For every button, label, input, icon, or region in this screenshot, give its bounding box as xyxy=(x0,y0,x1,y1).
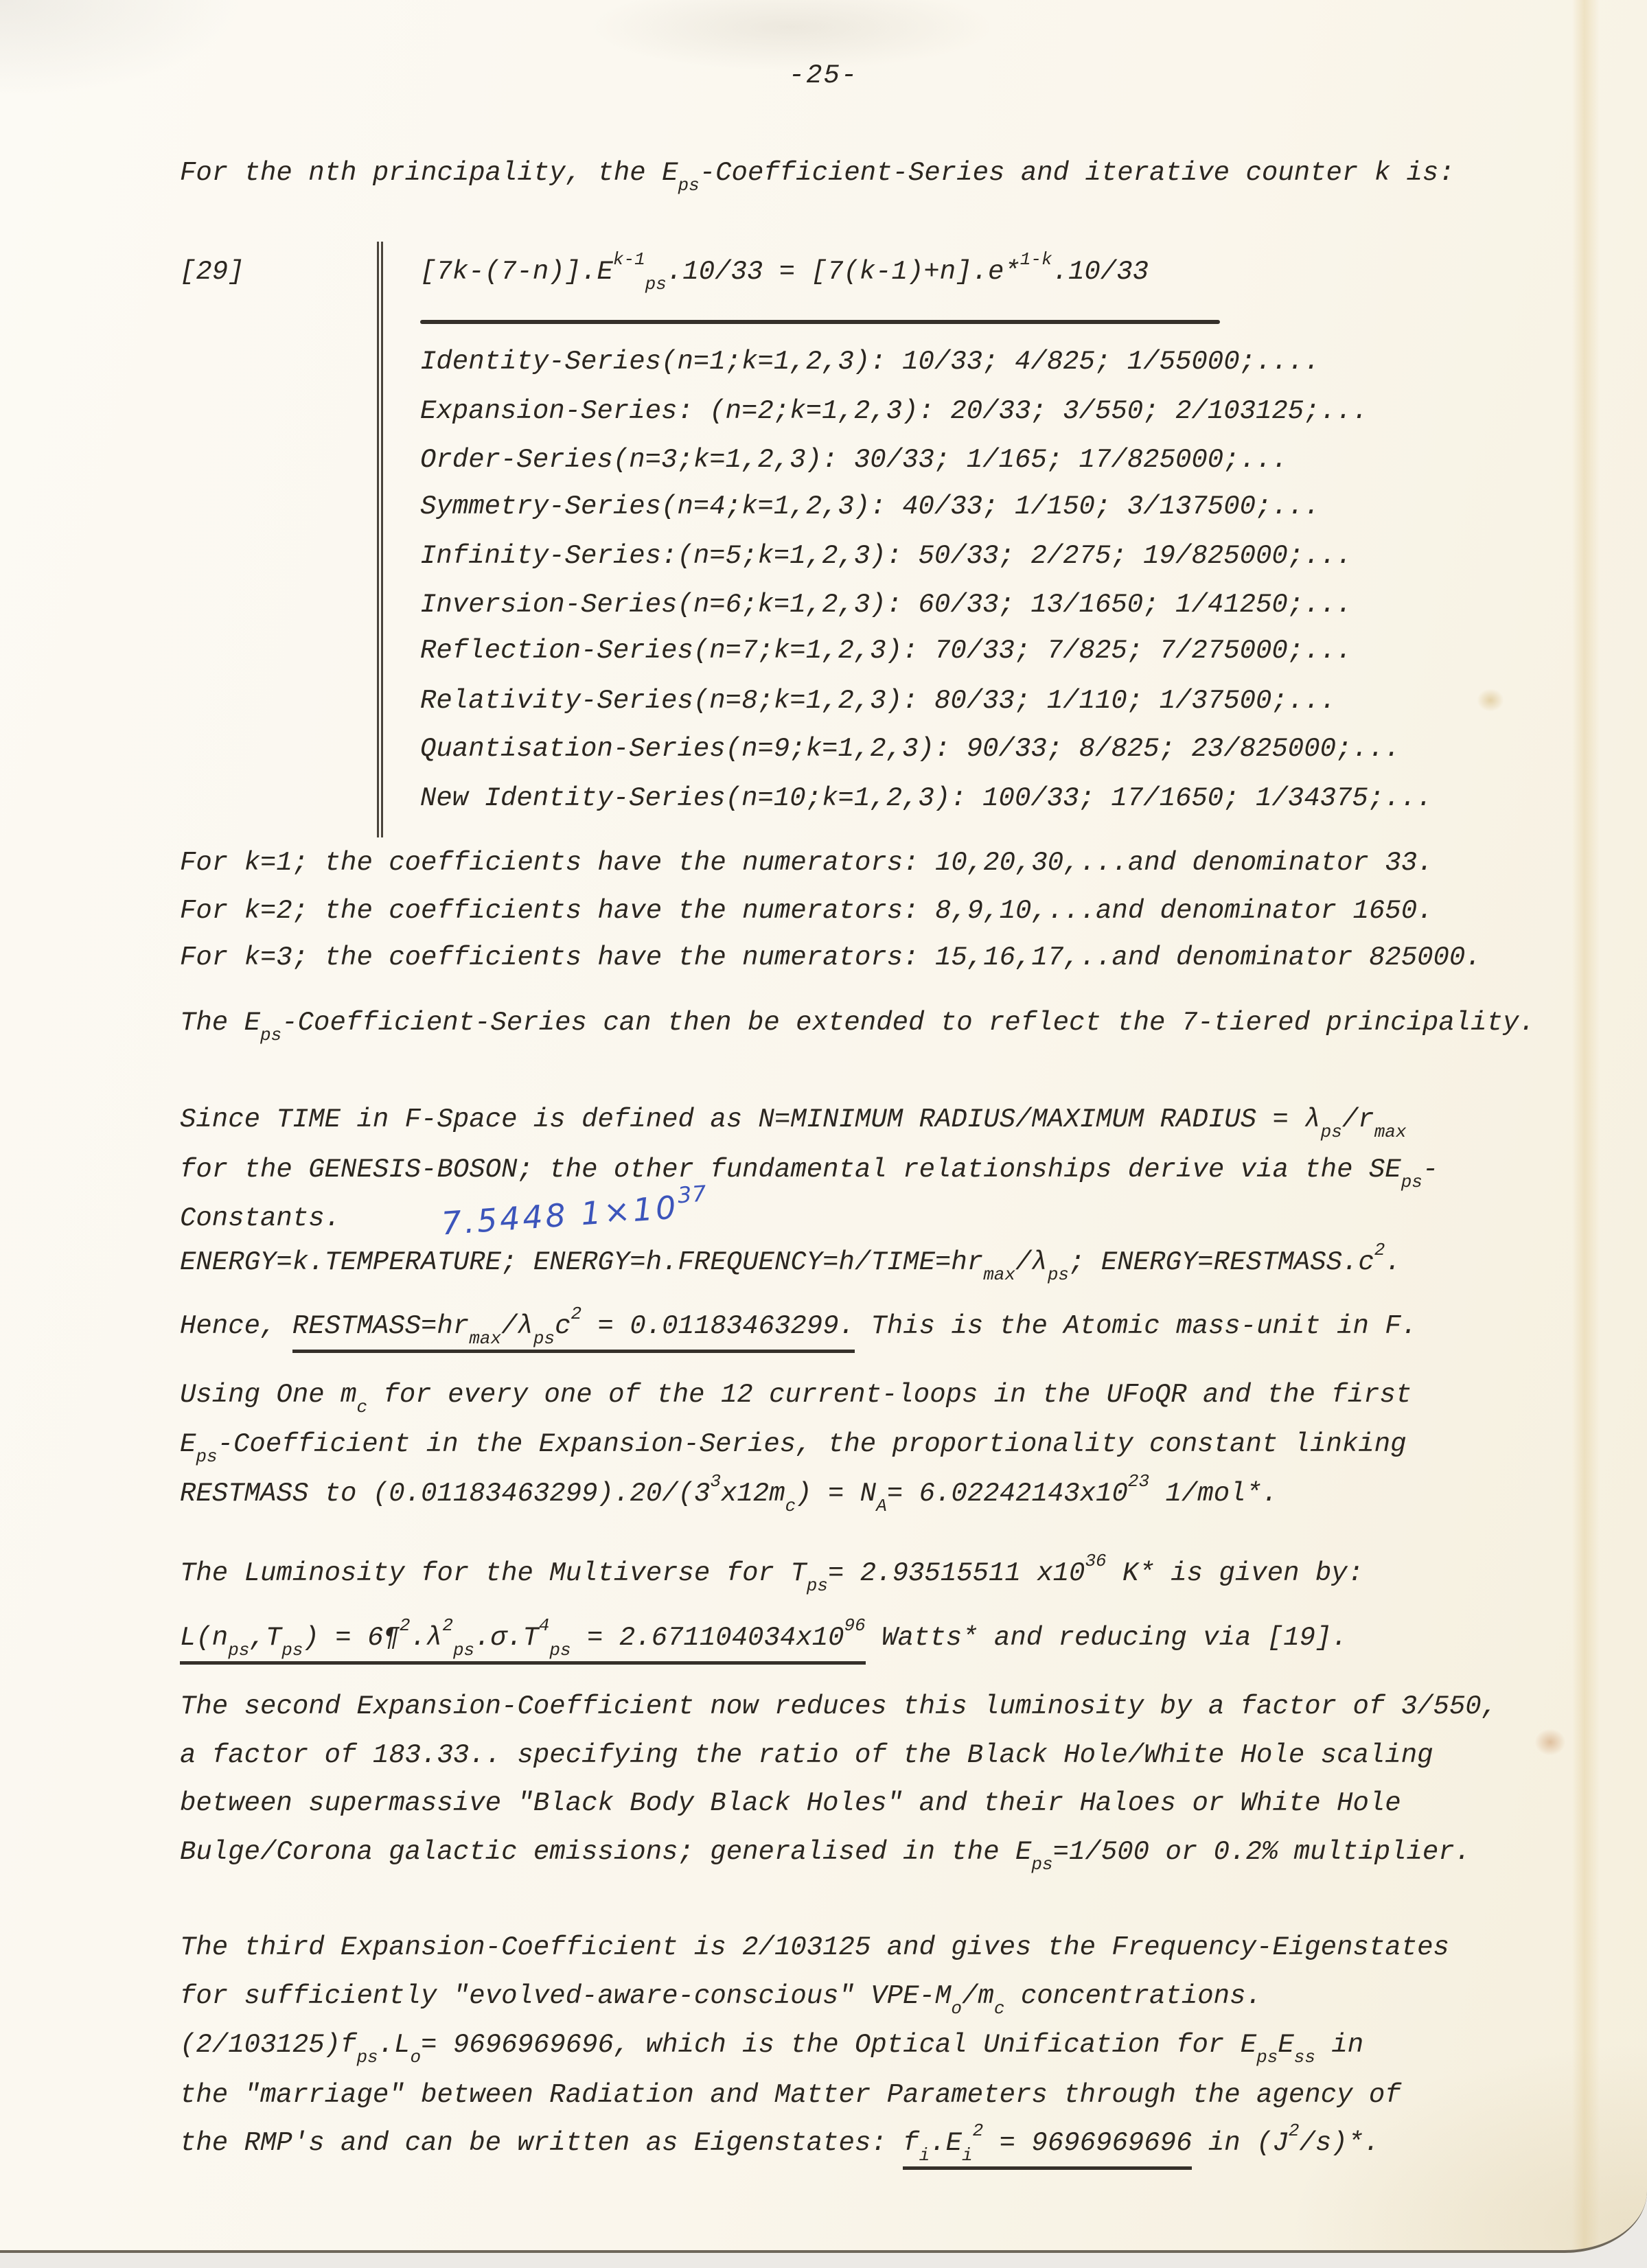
series-line-identity: Identity-Series(n=1;k=1,2,3): 10/33; 4/8… xyxy=(420,345,1320,378)
time-para-line1: Since TIME in F-Space is defined as N=MI… xyxy=(180,1103,1407,1136)
restmass-hence-line: Hence, RESTMASS=hrmax/λpsc2 = 0.01183463… xyxy=(180,1310,1417,1343)
equation-underline-rule xyxy=(420,320,1220,324)
series-line-symmetry: Symmetry-Series(n=4;k=1,2,3): 40/33; 1/1… xyxy=(420,490,1320,523)
scanned-document-page: { "doc": { "page_number": "-25-", "intro… xyxy=(0,0,1647,2268)
series-line-inversion: Inversion-Series(n=6;k=1,2,3): 60/33; 13… xyxy=(420,588,1352,621)
third-coefficient-line2: for sufficiently "evolved-aware-consciou… xyxy=(180,1980,1262,2013)
time-para-line3: Constants. xyxy=(180,1202,341,1235)
avogadro-para-line3: RESTMASS to (0.01183463299).20/(33x12mc)… xyxy=(180,1477,1278,1510)
luminosity-intro-line: The Luminosity for the Multiverse for Tp… xyxy=(180,1557,1363,1590)
series-line-order: Order-Series(n=3;k=1,2,3): 30/33; 1/165;… xyxy=(420,443,1288,476)
avogadro-para-line1: Using One mc for every one of the 12 cur… xyxy=(180,1378,1412,1411)
time-para-line2: for the GENESIS-BOSON; the other fundame… xyxy=(180,1153,1438,1186)
page-number: -25- xyxy=(0,59,1647,92)
extension-line: The Eps-Coefficient-Series can then be e… xyxy=(180,1006,1535,1039)
avogadro-para-line2: Eps-Coefficient in the Expansion-Series,… xyxy=(180,1428,1407,1461)
equation-block-double-rule xyxy=(377,242,383,837)
series-line-reflection: Reflection-Series(n=7;k=1,2,3): 70/33; 7… xyxy=(420,634,1352,667)
second-coefficient-line4: Bulge/Corona galactic emissions; general… xyxy=(180,1836,1471,1868)
luminosity-equation-line: L(nps,Tps) = 6¶2.λ2ps.σ.T4ps = 2.6711040… xyxy=(180,1621,1348,1654)
third-coefficient-line5: the RMP's and can be written as Eigensta… xyxy=(180,2127,1380,2160)
series-line-quantisation: Quantisation-Series(n=9;k=1,2,3): 90/33;… xyxy=(420,732,1401,765)
second-coefficient-line3: between supermassive "Black Body Black H… xyxy=(180,1787,1401,1820)
series-line-new-identity: New Identity-Series(n=10;k=1,2,3): 100/3… xyxy=(420,782,1432,815)
k3-rule-line: For k=3; the coefficients have the numer… xyxy=(180,941,1482,974)
intro-line: For the nth principality, the Eps-Coeffi… xyxy=(180,157,1455,189)
k1-rule-line: For k=1; the coefficients have the numer… xyxy=(180,846,1433,879)
second-coefficient-line2: a factor of 183.33.. specifying the rati… xyxy=(180,1739,1433,1772)
series-line-infinity: Infinity-Series:(n=5;k=1,2,3): 50/33; 2/… xyxy=(420,540,1352,572)
third-coefficient-line1: The third Expansion-Coefficient is 2/103… xyxy=(180,1931,1449,1964)
third-coefficient-line4: the "marriage" between Radiation and Mat… xyxy=(180,2079,1401,2111)
equation-29: [7k-(7-n)].Ek-1ps.10/33 = [7(k-1)+n].e*1… xyxy=(420,255,1149,288)
equation-label: [29] xyxy=(180,255,244,288)
series-line-relativity: Relativity-Series(n=8;k=1,2,3): 80/33; 1… xyxy=(420,684,1336,717)
series-line-expansion: Expansion-Series: (n=2;k=1,2,3): 20/33; … xyxy=(420,395,1368,428)
third-coefficient-line3: (2/103125)fps.Lo= 9696969696, which is t… xyxy=(180,2028,1363,2061)
k2-rule-line: For k=2; the coefficients have the numer… xyxy=(180,894,1433,927)
energy-relations-line: ENERGY=k.TEMPERATURE; ENERGY=h.FREQUENCY… xyxy=(180,1246,1401,1279)
second-coefficient-line1: The second Expansion-Coefficient now red… xyxy=(180,1690,1497,1723)
paper-sheet: -25- For the nth principality, the Eps-C… xyxy=(0,0,1647,2253)
